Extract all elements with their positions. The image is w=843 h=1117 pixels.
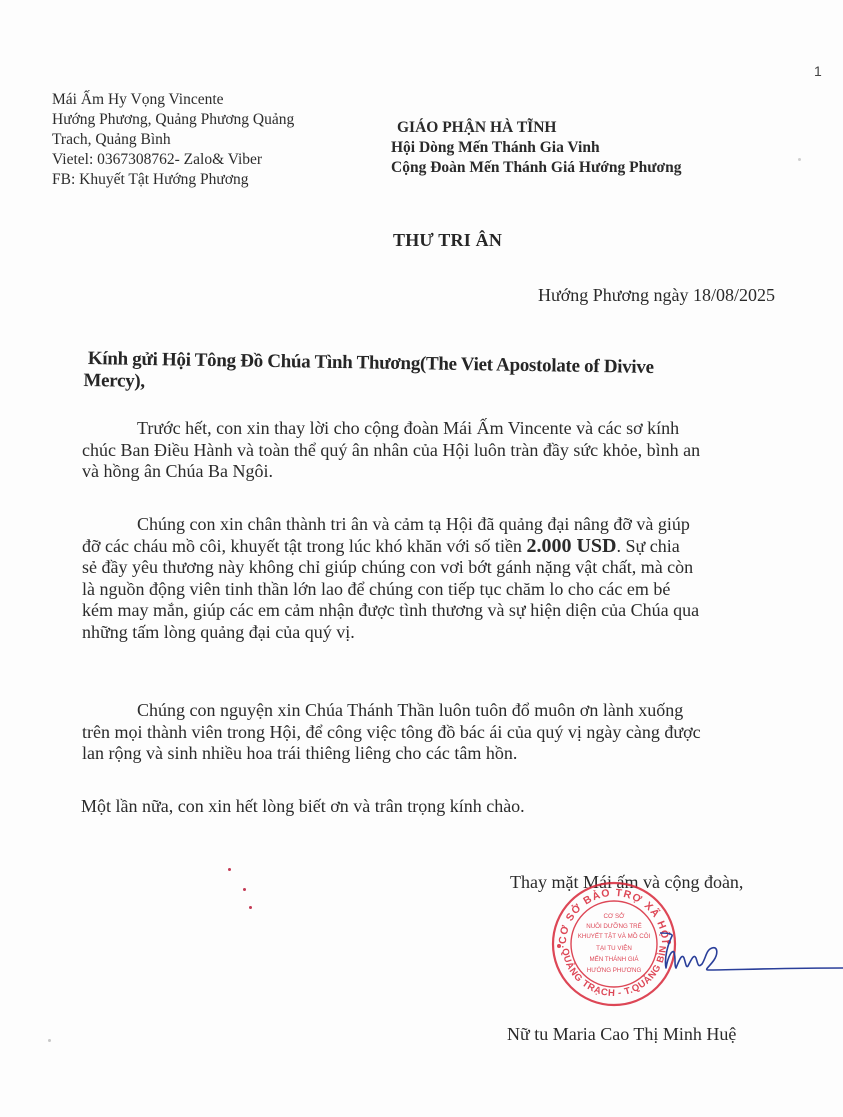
donation-amount: 2.000 USD [526, 535, 616, 557]
paragraph-line: lan rộng và sinh nhiều hoa trái thiêng l… [82, 743, 802, 765]
paragraph-line: đỡ các cháu mồ côi, khuyết tật trong lúc… [82, 536, 802, 558]
seal-inner-line: TẠI TU VIỆN [596, 944, 632, 952]
seal-inner-line: NUÔI DƯỠNG TRẺ [586, 923, 642, 930]
salutation: Kính gửi Hội Tông Đồ Chúa Tình Thương(Th… [83, 348, 784, 403]
text-segment: đỡ các cháu mồ côi, khuyết tật trong lúc… [82, 536, 526, 556]
paragraph-line: Một lần nữa, con xin hết lòng biết ơn và… [81, 796, 801, 818]
red-seal-stamp-icon: CƠ SỞ BẢO TRỢ XÃ HỘI H.QUẢNG TRẠCH - T.Q… [550, 880, 678, 1008]
scan-speck [249, 906, 252, 909]
scan-speck [228, 868, 231, 871]
paragraph-greeting: Trước hết, con xin thay lời cho cộng đoà… [82, 418, 802, 483]
paragraph-blessing: Chúng con nguyện xin Chúa Thánh Thần luô… [82, 700, 802, 765]
paragraph-line: trên mọi thành viên trong Hội, để công v… [82, 722, 802, 744]
sender-name: Mái Ấm Hy Vọng Vincente [52, 90, 294, 110]
diocese-name: GIÁO PHẬN HÀ TĨNH [391, 118, 681, 138]
paragraph-final-thanks: Một lần nữa, con xin hết lòng biết ơn và… [81, 796, 801, 818]
organization-block: GIÁO PHẬN HÀ TĨNH Hội Dòng Mến Thánh Gia… [391, 118, 681, 178]
paragraph-line: và hồng ân Chúa Ba Ngôi. [82, 461, 802, 483]
seal-inner-line: MẾN THÁNH GIÁ [589, 956, 639, 963]
sender-block: Mái Ấm Hy Vọng Vincente Hướng Phương, Qu… [52, 90, 294, 190]
scan-speck [243, 888, 246, 891]
sender-address-line-2: Trach, Quảng Bình [52, 130, 294, 150]
sender-phone: Vietel: 0367308762- Zalo& Viber [52, 150, 294, 170]
date-line: Hướng Phương ngày 18/08/2025 [538, 285, 775, 306]
paragraph-thanks: Chúng con xin chân thành tri ân và cảm t… [82, 514, 802, 643]
handwritten-signature-icon [660, 928, 843, 988]
text-segment: . Sự chia [616, 536, 679, 556]
congregation-name: Hội Dòng Mến Thánh Gia Vinh [391, 138, 681, 158]
paragraph-line: những tấm lòng quảng đại của quý vị. [82, 622, 802, 644]
sender-facebook: FB: Khuyết Tật Hướng Phương [52, 170, 294, 190]
community-name: Cộng Đoàn Mến Thánh Giá Hướng Phương [391, 158, 681, 178]
seal-inner-line: KHUYẾT TẬT VÀ MỒ CÔI [578, 933, 651, 940]
letter-title: THƯ TRI ÂN [393, 230, 502, 251]
sender-address-line-1: Hướng Phương, Quảng Phương Quảng [52, 110, 294, 130]
paragraph-line: Trước hết, con xin thay lời cho cộng đoà… [82, 418, 802, 440]
signer-name: Nữ tu Maria Cao Thị Minh Huệ [507, 1024, 736, 1045]
paragraph-line: sẻ đầy yêu thương này không chỉ giúp chú… [82, 557, 802, 579]
paragraph-line: Chúng con nguyện xin Chúa Thánh Thần luô… [82, 700, 802, 722]
scan-speck [798, 158, 801, 161]
seal-inner-line: HƯỚNG PHƯƠNG [587, 967, 642, 974]
paragraph-line: là nguồn động viên tinh thần lớn lao để … [82, 579, 802, 601]
scan-speck [48, 1039, 51, 1042]
paragraph-line: Chúng con xin chân thành tri ân và cảm t… [82, 514, 802, 536]
paragraph-line: chúc Ban Điều Hành và toàn thể quý ân nh… [82, 440, 802, 462]
letter-page: 1 Mái Ấm Hy Vọng Vincente Hướng Phương, … [0, 0, 843, 1117]
page-number: 1 [814, 63, 822, 79]
paragraph-line: kém may mắn, giúp các em cảm nhận được t… [82, 600, 802, 622]
seal-inner-line: CƠ SỞ [604, 913, 626, 920]
